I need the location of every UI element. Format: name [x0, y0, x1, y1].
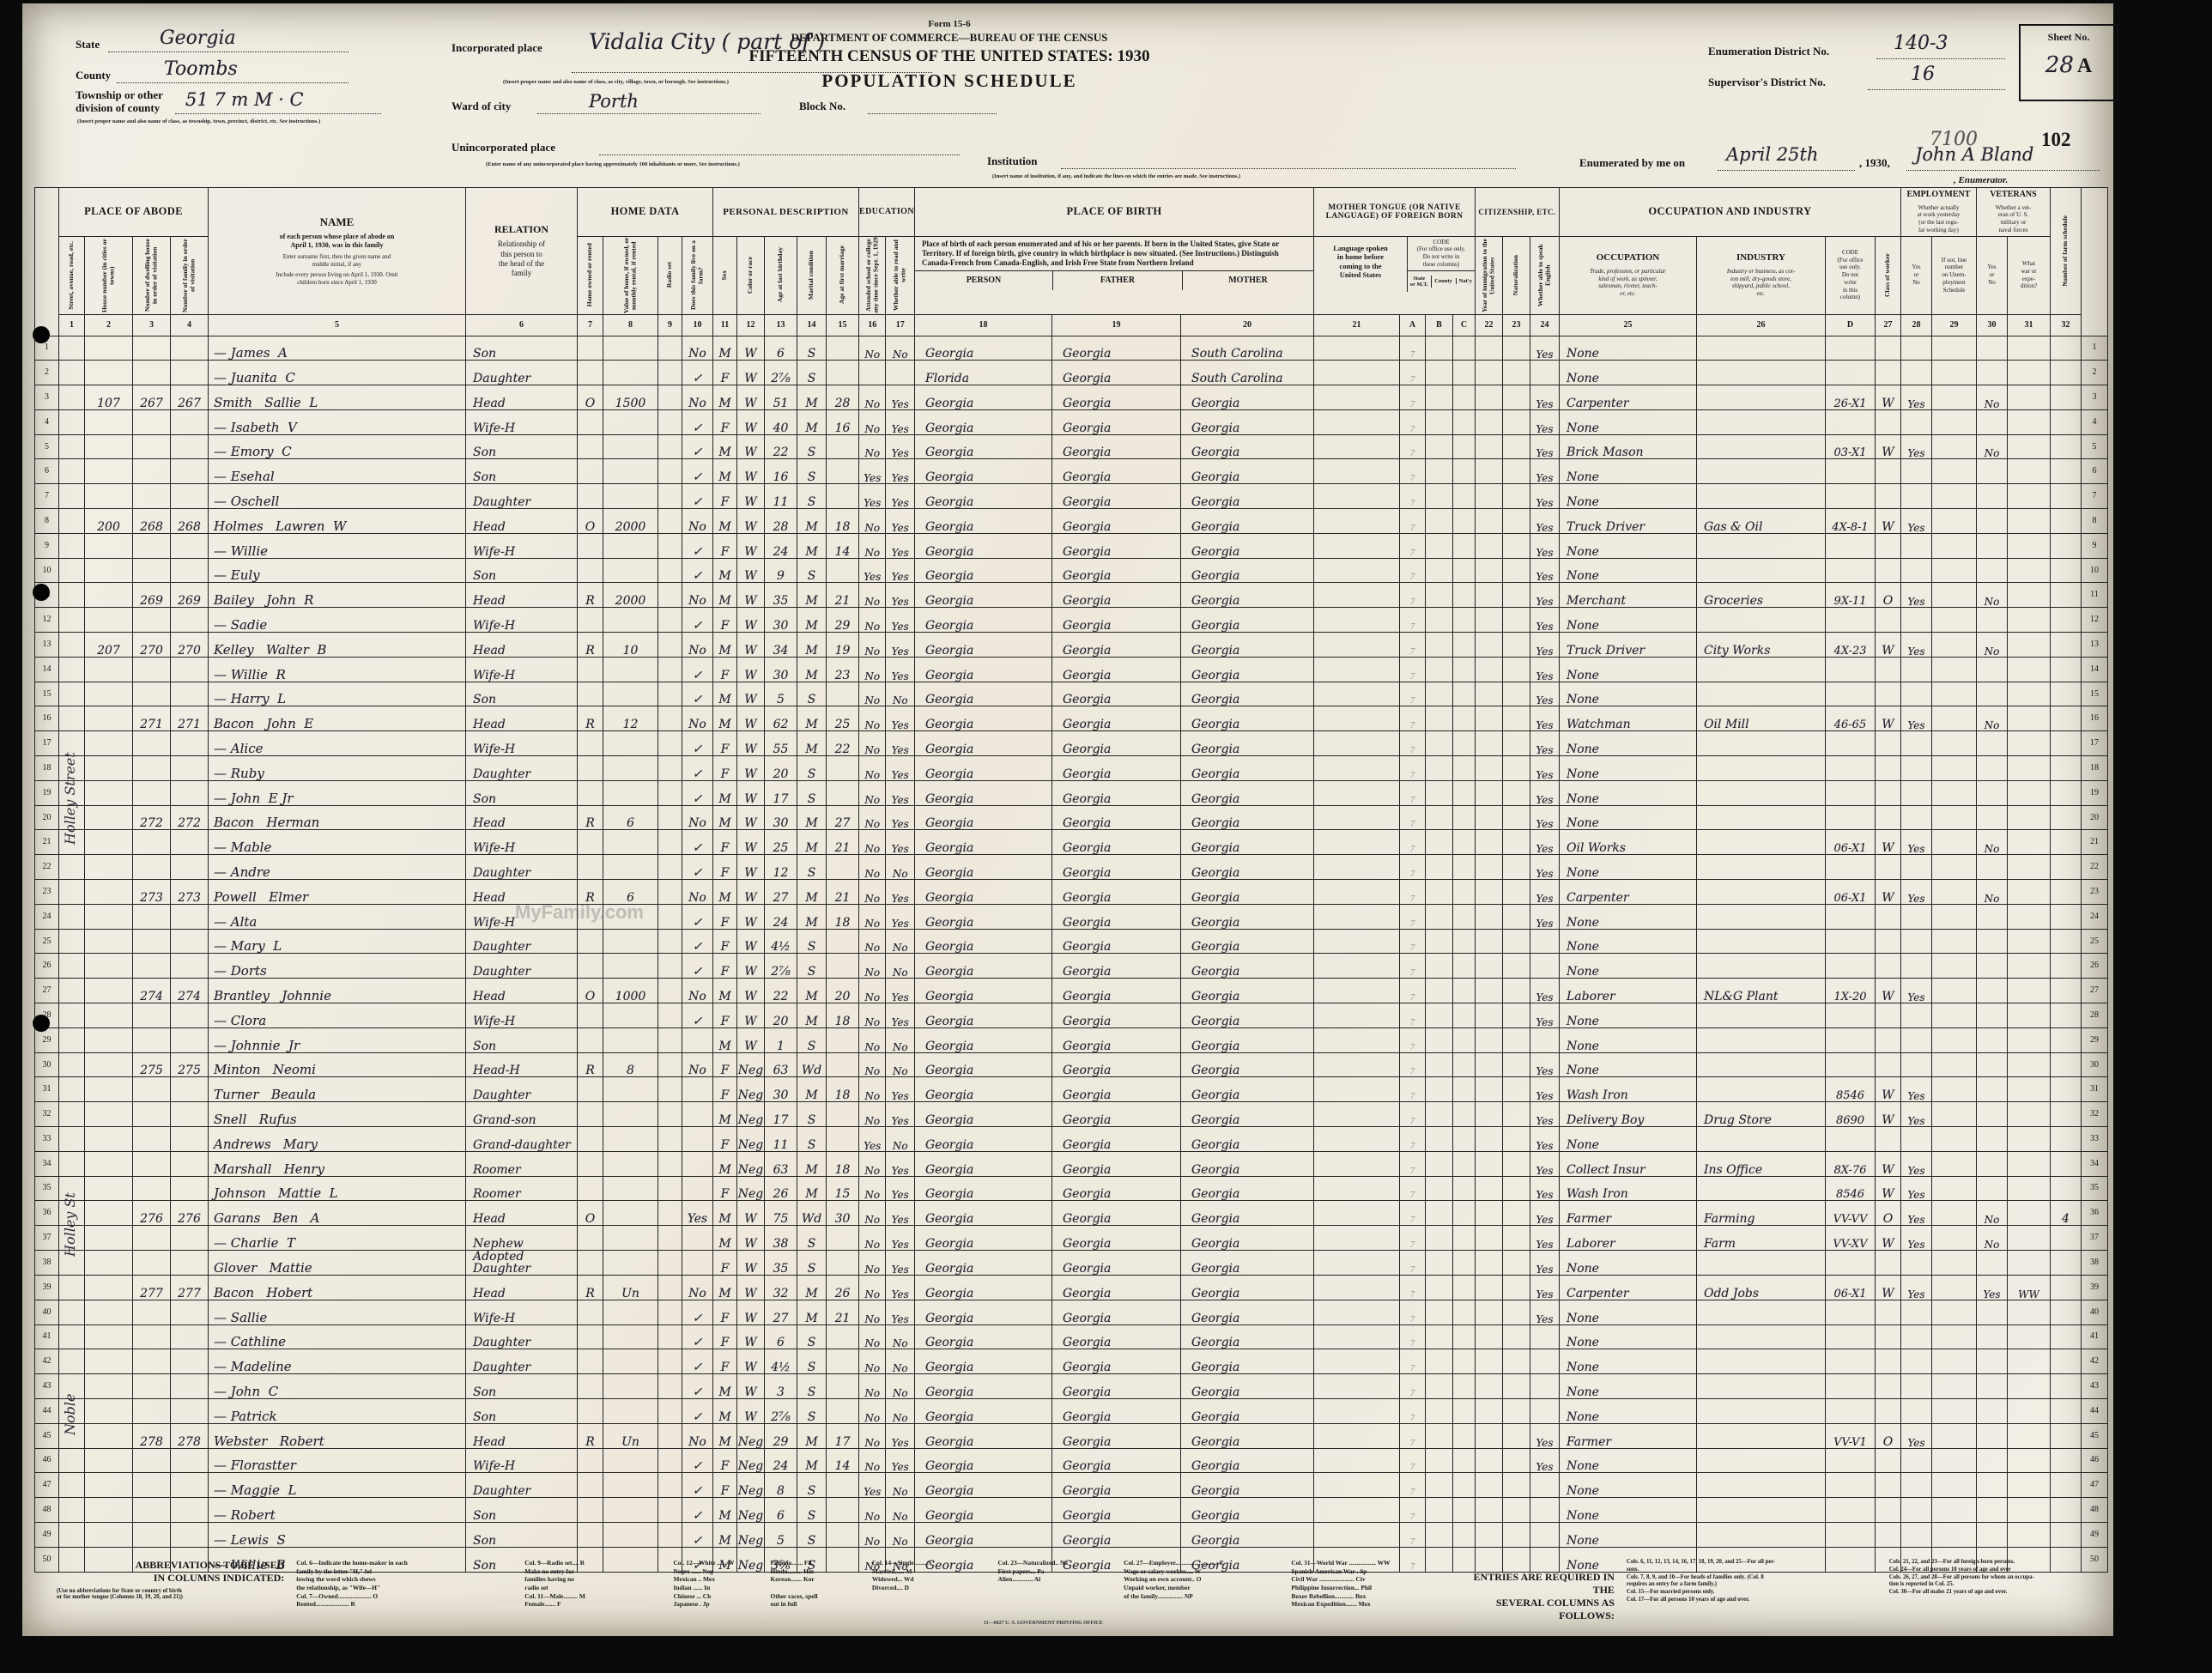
cell	[658, 1151, 682, 1176]
abbrev-col31: Col. 31—World War ................. WW S…	[1291, 1559, 1451, 1609]
cell	[578, 1522, 603, 1547]
cell	[1425, 904, 1452, 929]
cell	[59, 1077, 85, 1102]
cell	[1452, 756, 1475, 781]
cell: M	[797, 608, 827, 633]
cell: ✓	[682, 1300, 713, 1324]
cell: Yes	[1530, 1003, 1559, 1028]
cell	[1502, 1077, 1530, 1102]
cell	[1425, 756, 1452, 781]
cell	[1502, 1275, 1530, 1300]
line-number: 17	[2081, 731, 2107, 756]
line-number: 8	[2081, 509, 2107, 534]
cell: Georgia	[1180, 385, 1313, 410]
emp-28-label: Yes or No	[1901, 262, 1931, 288]
enumerator-suffix: , Enumerator.	[1954, 175, 2008, 185]
cell	[827, 929, 859, 954]
cell	[1696, 1077, 1825, 1102]
cell: Yes	[1530, 904, 1559, 929]
cell: Neg	[737, 1498, 765, 1523]
cell	[133, 855, 171, 880]
table-row: 1— James ASonNoMW6SNoNoGeorgiaGeorgiaSou…	[35, 336, 2108, 361]
cell: Wife-H	[466, 657, 578, 682]
gpo-imprint: 11—6027 U. S. GOVERNMENT PRINTING OFFICE	[984, 1621, 1103, 1626]
cell: Roomer	[466, 1176, 578, 1201]
cell	[682, 1226, 713, 1251]
cell: M	[797, 1151, 827, 1176]
cell: Georgia	[1051, 929, 1180, 954]
cell	[1502, 1324, 1530, 1349]
cell	[658, 1374, 682, 1399]
cell	[1825, 336, 1875, 361]
cell	[1475, 731, 1502, 756]
line-number: 18	[35, 756, 59, 781]
cell: No	[859, 855, 886, 880]
column-number: D	[1825, 314, 1875, 336]
line-number: 30	[2081, 1052, 2107, 1077]
cell: Yes	[886, 1275, 915, 1300]
line-number: 37	[35, 1226, 59, 1251]
cell: 7	[1399, 1275, 1425, 1300]
cell	[1931, 533, 1976, 558]
cell	[1502, 1250, 1530, 1275]
col-header-11: Sex	[713, 236, 737, 314]
line-number: 30	[35, 1052, 59, 1077]
cell	[171, 361, 209, 385]
cell: No	[859, 1300, 886, 1324]
cell: Georgia	[914, 1374, 1051, 1399]
line-number: 23	[2081, 880, 2107, 905]
group-tongue: MOTHER TONGUE (OR NATIVE LANGUAGE) OF FO…	[1313, 188, 1475, 237]
line-number: 5	[35, 434, 59, 459]
cell: Georgia	[1051, 509, 1180, 534]
abbrev-title-block: ABBREVIATIONS TO BE USED IN COLUMNS INDI…	[57, 1559, 284, 1600]
line-number: 24	[2081, 904, 2107, 929]
cell	[2007, 361, 2050, 385]
cell: Georgia	[914, 409, 1051, 434]
cell: F	[713, 533, 737, 558]
cell: W	[737, 657, 765, 682]
cell	[2007, 484, 2050, 509]
table-row: 29— Johnnie JrSonMW1SNoNoGeorgiaGeorgiaG…	[35, 1027, 2108, 1052]
cell: Wife-H	[466, 1300, 578, 1324]
cell	[1825, 459, 1875, 484]
cell	[1900, 1003, 1931, 1028]
cell: 7	[1399, 484, 1425, 509]
cell	[2050, 1176, 2081, 1201]
cell: W	[737, 756, 765, 781]
cell: 277	[171, 1275, 209, 1300]
cell	[1976, 1398, 2007, 1423]
cell	[1976, 780, 2007, 805]
cell	[1931, 954, 1976, 979]
cell	[1452, 1027, 1475, 1052]
cell: Yes	[1530, 1077, 1559, 1102]
cell: Yes	[1900, 1077, 1931, 1102]
line-number: 40	[2081, 1300, 2107, 1324]
cell	[578, 682, 603, 706]
cell: Head	[466, 1201, 578, 1226]
line-number: 31	[35, 1077, 59, 1102]
col-header-9: Radio set	[658, 236, 682, 314]
cell: Georgia	[1180, 1052, 1313, 1077]
cell	[1452, 855, 1475, 880]
cell	[1931, 855, 1976, 880]
cell: 107	[85, 385, 133, 410]
cell	[682, 1250, 713, 1275]
township-label: Township or other division of county	[76, 89, 163, 115]
cell: Yes	[1900, 1275, 1931, 1300]
cell	[133, 1027, 171, 1052]
cell	[1313, 706, 1399, 731]
cell: Head-H	[466, 1052, 578, 1077]
abbrev-col23: Col. 23—Naturalized.. Na First papers...…	[997, 1559, 1112, 1584]
cell	[578, 1176, 603, 1201]
cell	[1452, 361, 1475, 385]
cell	[578, 1127, 603, 1152]
cell	[1475, 1398, 1502, 1423]
cell: No	[886, 1324, 915, 1349]
cell	[2050, 558, 2081, 583]
cell	[59, 1300, 85, 1324]
cell: Bailey John R	[209, 583, 466, 608]
cell	[85, 608, 133, 633]
column-number: 32	[2050, 314, 2081, 336]
cell: Georgia	[914, 1324, 1051, 1349]
cell	[59, 880, 85, 905]
cell: No	[859, 434, 886, 459]
cell: Georgia	[1051, 583, 1180, 608]
cell: No	[859, 780, 886, 805]
cell	[1825, 904, 1875, 929]
abbrev-note: (Use no abbreviations for State or count…	[57, 1588, 284, 1600]
cell	[59, 1275, 85, 1300]
cell: F	[713, 830, 737, 855]
cell	[1696, 385, 1825, 410]
cell	[2007, 1077, 2050, 1102]
cell	[2050, 706, 2081, 731]
cell	[2050, 1448, 2081, 1473]
cell	[1313, 1102, 1399, 1127]
cell: Yes	[1530, 484, 1559, 509]
abbrev-col12b: Filipino....... Fil Hindu......... Hin K…	[771, 1559, 860, 1609]
cell	[1475, 361, 1502, 385]
cell: Yes	[1530, 855, 1559, 880]
cell: 7	[1399, 1226, 1425, 1251]
cell	[603, 336, 658, 361]
cell: Wife-H	[466, 409, 578, 434]
cell: W	[737, 583, 765, 608]
cell	[171, 1522, 209, 1547]
cell	[1825, 805, 1875, 830]
column-number: 27	[1875, 314, 1900, 336]
cell	[1425, 1275, 1452, 1300]
cell	[1931, 657, 1976, 682]
cell: Georgia	[914, 434, 1051, 459]
cell	[1313, 1448, 1399, 1473]
cell: Georgia	[1180, 1275, 1313, 1300]
cell	[1313, 633, 1399, 658]
cell	[1313, 1250, 1399, 1275]
line-number: 16	[2081, 706, 2107, 731]
cell: Yes	[1530, 657, 1559, 682]
column-number: B	[1425, 314, 1452, 336]
cell	[1875, 756, 1900, 781]
cell	[2007, 459, 2050, 484]
cell	[59, 1127, 85, 1152]
line-number: 6	[2081, 459, 2107, 484]
cell	[1530, 1349, 1559, 1374]
cell	[1502, 1374, 1530, 1399]
cell: Wash Iron	[1559, 1176, 1696, 1201]
cell	[827, 1473, 859, 1498]
cell: 278	[133, 1423, 171, 1448]
cell: Georgia	[1051, 533, 1180, 558]
cell	[1931, 1398, 1976, 1423]
cell	[1875, 1324, 1900, 1349]
cell	[1313, 459, 1399, 484]
cell: No	[859, 1349, 886, 1374]
cell: 10	[603, 633, 658, 658]
cell	[658, 1275, 682, 1300]
cell	[1502, 830, 1530, 855]
cell	[171, 1374, 209, 1399]
col-header-16: Attended school or college any time sinc…	[859, 236, 886, 314]
state-label: State	[76, 38, 100, 52]
cell: Yes	[1900, 1423, 1931, 1448]
cell	[85, 409, 133, 434]
cell	[1825, 361, 1875, 385]
cell	[1696, 336, 1825, 361]
cell: 30	[827, 1201, 859, 1226]
cell	[1825, 657, 1875, 682]
cell	[171, 1300, 209, 1324]
cell	[1502, 731, 1530, 756]
occupation-title: OCCUPATION	[1560, 251, 1696, 266]
cell: W	[737, 954, 765, 979]
cell	[1696, 1423, 1825, 1448]
cell: ✓	[682, 434, 713, 459]
tongue-b-label: County	[1432, 278, 1457, 284]
enumeration-date: April 25th	[1726, 144, 1818, 165]
cell: Georgia	[1180, 1127, 1313, 1152]
cell	[2007, 979, 2050, 1003]
cell	[2050, 1374, 2081, 1399]
cell	[1875, 954, 1900, 979]
cell: R	[578, 706, 603, 731]
cell: 27	[827, 805, 859, 830]
cell: Neg	[737, 1102, 765, 1127]
cell	[1475, 1275, 1502, 1300]
cell	[59, 1027, 85, 1052]
cell: Farmer	[1559, 1423, 1696, 1448]
cell	[1425, 1201, 1452, 1226]
cell: 7	[1399, 855, 1425, 880]
cell	[2007, 830, 2050, 855]
cell: 7	[1399, 1102, 1425, 1127]
cell: No	[886, 336, 915, 361]
cell	[827, 361, 859, 385]
cell	[85, 830, 133, 855]
cell: ✓	[682, 533, 713, 558]
cell: Daughter	[466, 756, 578, 781]
cell: Georgia	[914, 1423, 1051, 1448]
cell	[658, 1324, 682, 1349]
cell	[658, 608, 682, 633]
cell: F	[713, 1250, 737, 1275]
cell: 21	[827, 880, 859, 905]
department-line: DEPARTMENT OF COMMERCE—BUREAU OF THE CEN…	[623, 31, 1276, 45]
cell	[1452, 1498, 1475, 1523]
cell: W	[737, 1201, 765, 1226]
cell	[1696, 830, 1825, 855]
cell: M	[713, 1226, 737, 1251]
cell	[1502, 904, 1530, 929]
cell	[85, 1077, 133, 1102]
cell: M	[797, 409, 827, 434]
cell	[2050, 434, 2081, 459]
group-home-data: HOME DATA	[578, 188, 713, 237]
cell: Georgia	[1051, 434, 1180, 459]
cell	[1976, 1176, 2007, 1201]
cell	[1313, 1275, 1399, 1300]
cell: Georgia	[914, 1300, 1051, 1324]
cell: Neg	[737, 1522, 765, 1547]
cell: Georgia	[1180, 1250, 1313, 1275]
cell: M	[797, 633, 827, 658]
cell	[1875, 1250, 1900, 1275]
cell	[59, 558, 85, 583]
cell	[1313, 1300, 1399, 1324]
cell: O	[578, 1201, 603, 1226]
cell: Georgia	[1051, 336, 1180, 361]
cell: — Oschell	[209, 484, 466, 509]
cell	[1696, 657, 1825, 682]
cell: W	[737, 880, 765, 905]
cell	[1502, 1127, 1530, 1152]
cell: M	[713, 385, 737, 410]
cell: W	[737, 385, 765, 410]
cell	[1475, 409, 1502, 434]
cell: None	[1559, 657, 1696, 682]
cell	[603, 558, 658, 583]
cell: No	[859, 509, 886, 534]
column-number: 1	[59, 314, 85, 336]
cell: Yes	[886, 533, 915, 558]
cell	[1452, 385, 1475, 410]
cell: No	[682, 509, 713, 534]
cell: F	[713, 1300, 737, 1324]
cell: 6	[603, 880, 658, 905]
line-number: 39	[35, 1275, 59, 1300]
cell	[1696, 1498, 1825, 1523]
cell: Yes	[859, 459, 886, 484]
cell: Georgia	[914, 1027, 1051, 1052]
cell	[1976, 336, 2007, 361]
cell: Yes	[859, 1473, 886, 1498]
cell	[1452, 780, 1475, 805]
cell: 7	[1399, 1374, 1425, 1399]
cell	[827, 1052, 859, 1077]
cell: — Alice	[209, 731, 466, 756]
township-value: 51 7 m M · C	[185, 89, 304, 110]
cell: W	[737, 780, 765, 805]
cell	[1502, 459, 1530, 484]
cell	[2007, 1201, 2050, 1226]
cell: Georgia	[1180, 1077, 1313, 1102]
cell: W	[737, 633, 765, 658]
cell	[1875, 682, 1900, 706]
cell: Powell Elmer	[209, 880, 466, 905]
cell: Yes	[886, 1201, 915, 1226]
cell: No	[682, 336, 713, 361]
cell: 9	[765, 558, 797, 583]
group-occupation: OCCUPATION AND INDUSTRY	[1559, 188, 1900, 237]
vet-31-label: What war or expe- dition?	[2008, 258, 2050, 292]
cell	[1502, 855, 1530, 880]
table-row: 20272272Bacon HermanHeadR6NoMW30M27NoYes…	[35, 805, 2108, 830]
cell	[85, 1423, 133, 1448]
cell: — Maggie L	[209, 1473, 466, 1498]
cell: Daughter	[466, 1077, 578, 1102]
cell	[1313, 385, 1399, 410]
cell	[658, 1077, 682, 1102]
line-number: 14	[2081, 657, 2107, 682]
cell	[603, 1102, 658, 1127]
cell: 276	[133, 1201, 171, 1226]
cell: Georgia	[1051, 1398, 1180, 1423]
table-row: 7— OschellDaughter✓FW11SYesYesGeorgiaGeo…	[35, 484, 2108, 509]
cell	[133, 1102, 171, 1127]
cell	[1475, 509, 1502, 534]
cell: W	[737, 979, 765, 1003]
cell	[59, 706, 85, 731]
cell: 22	[765, 434, 797, 459]
cell	[59, 459, 85, 484]
line-number: 25	[35, 929, 59, 954]
table-row: 34Marshall HenryRoomerMNeg63M18NoYesGeor…	[35, 1151, 2108, 1176]
table-row: 11269269Bailey John RHeadR2000NoMW35M21N…	[35, 583, 2108, 608]
col-header-occupation: OCCUPATION Trade, profession, or particu…	[1559, 236, 1696, 314]
cell	[1425, 706, 1452, 731]
cell: M	[713, 1027, 737, 1052]
cell	[1475, 1201, 1502, 1226]
cell: — Clora	[209, 1003, 466, 1028]
cell: No	[859, 706, 886, 731]
cell: None	[1559, 1498, 1696, 1523]
cell	[2007, 657, 2050, 682]
cell	[1475, 1077, 1502, 1102]
enumerated-year: , 1930,	[1859, 156, 1890, 170]
name-desc1: of each person whose place of abode on A…	[209, 231, 465, 252]
line-number: 12	[35, 608, 59, 633]
cell	[658, 484, 682, 509]
cell	[578, 434, 603, 459]
cell	[85, 583, 133, 608]
cell: 35	[765, 1250, 797, 1275]
cell: None	[1559, 409, 1696, 434]
cell	[1313, 1052, 1399, 1077]
cell	[1502, 409, 1530, 434]
cell	[1900, 855, 1931, 880]
cell	[59, 682, 85, 706]
cell: Nephew	[466, 1226, 578, 1251]
line-number: 13	[35, 633, 59, 658]
cell: 7	[1399, 1077, 1425, 1102]
cell	[133, 434, 171, 459]
cell: 8	[603, 1052, 658, 1077]
cell: None	[1559, 1250, 1696, 1275]
